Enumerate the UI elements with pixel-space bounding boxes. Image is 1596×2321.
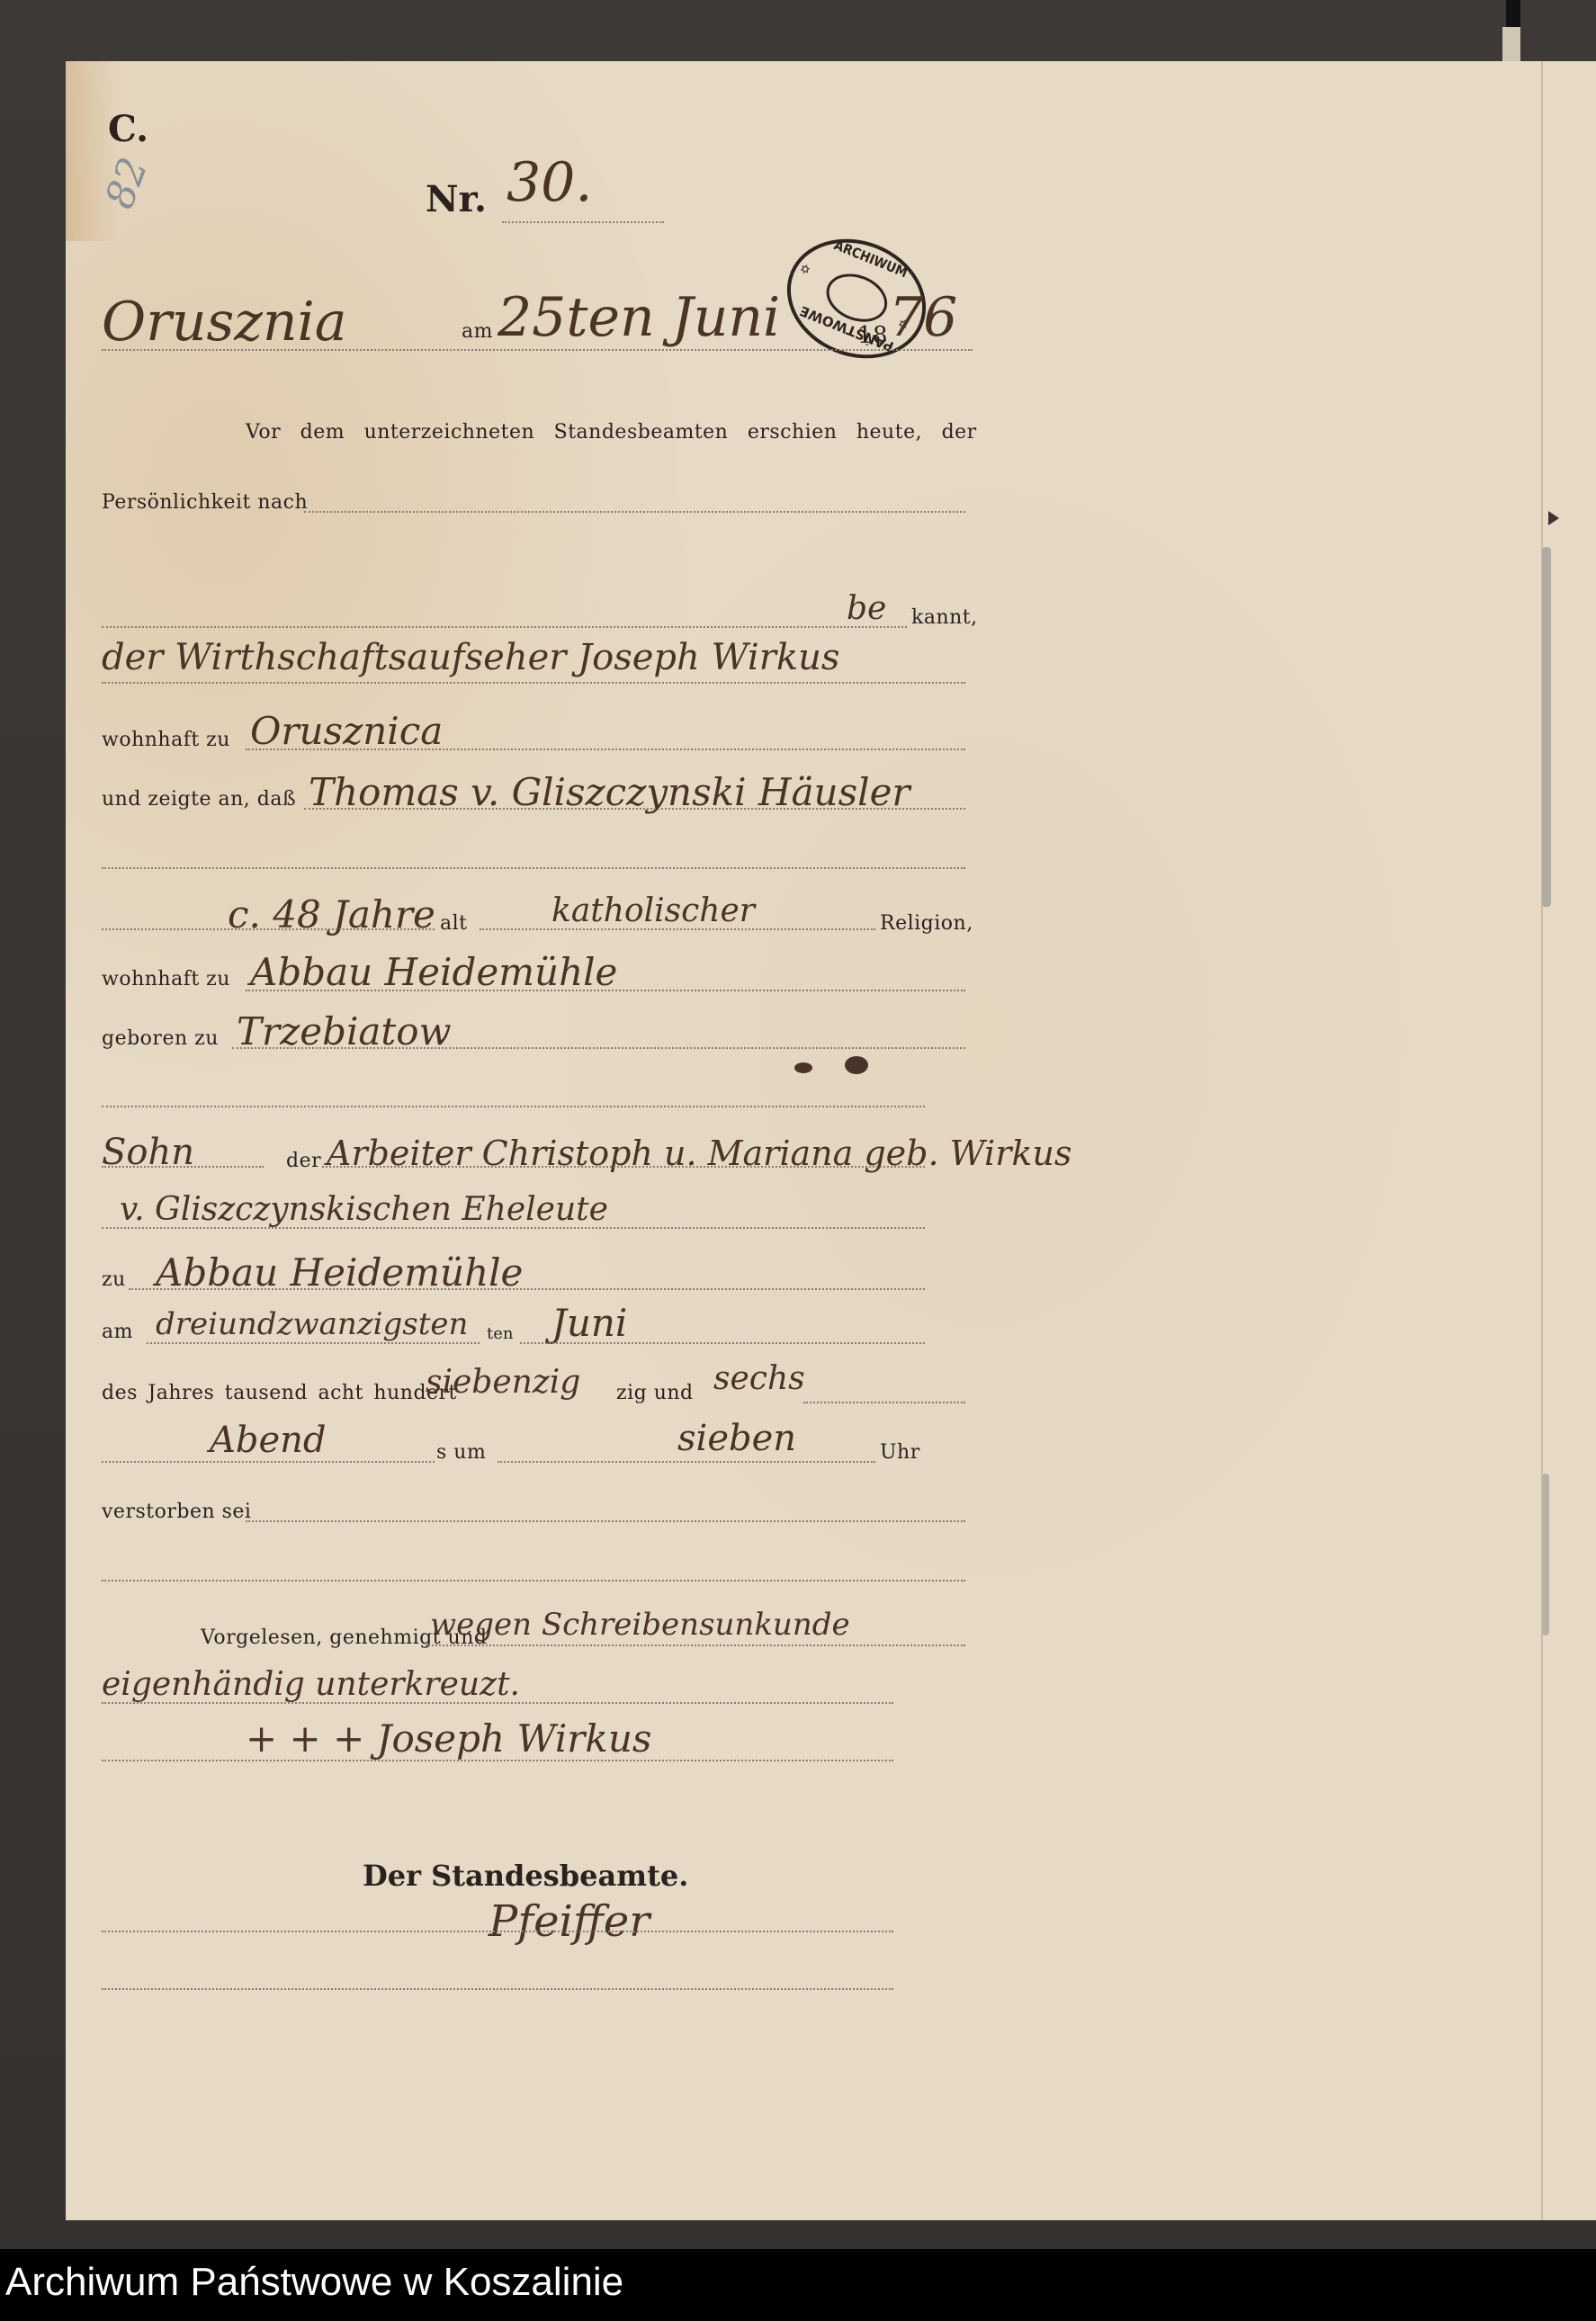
vorgelesen-line: [102, 1702, 893, 1704]
paper-tear: [1542, 547, 1551, 907]
ink-blot: [845, 1056, 868, 1074]
page-notch: [1548, 511, 1559, 525]
wohnhaft-line: [246, 990, 965, 991]
age-line: [102, 928, 435, 930]
informant-residence-value: Orusznica: [250, 709, 443, 753]
blank-line: [102, 1988, 893, 1990]
nr-label: Nr.: [426, 178, 487, 220]
zu-line: [129, 1288, 925, 1290]
am-label: am: [462, 320, 493, 343]
religion-line: [480, 928, 875, 930]
archive-caption-bar: Archiwum Państwowe w Koszalinie: [0, 2249, 1596, 2321]
archive-caption: Archiwum Państwowe w Koszalinie: [5, 2260, 623, 2305]
nr-line: [502, 221, 664, 223]
month-line: [520, 1342, 925, 1344]
vorgelesen-value: eigenhändig unterkreuzt.: [102, 1666, 520, 1703]
death-month-value: Juni: [551, 1301, 627, 1345]
day-line: [147, 1342, 480, 1344]
time-of-day-value: Abend: [210, 1420, 327, 1461]
place-value: Orusznia: [102, 291, 347, 354]
s-um-label: s um: [436, 1441, 486, 1464]
sohn-line: [102, 1166, 264, 1168]
hour-line: [498, 1461, 875, 1463]
nr-value: 30.: [507, 151, 592, 214]
informant-value: der Wirthschaftsaufseher Joseph Wirkus: [102, 637, 839, 678]
official-signature-line: [102, 1931, 893, 1932]
wohnhaft-label: wohnhaft zu: [102, 729, 230, 751]
jahres-label: des Jahres tausend acht hundert: [102, 1382, 457, 1404]
verstorben-label: verstorben sei: [102, 1501, 251, 1523]
official-title: Der Standesbeamte.: [363, 1859, 688, 1893]
hour-value: sieben: [677, 1418, 796, 1459]
uhr-label: Uhr: [880, 1441, 920, 1464]
informant-line: [102, 682, 965, 684]
wohnhaft-label: wohnhaft zu: [102, 968, 230, 990]
alt-label: alt: [440, 912, 468, 935]
blank-line: [102, 1106, 925, 1107]
date-line: [102, 349, 973, 351]
vorgelesen-line: [426, 1644, 965, 1646]
form-letter: C.: [108, 108, 148, 150]
death-day-value: dreiundzwanzigsten: [156, 1306, 468, 1342]
intro-text: Vor dem unterzeichneten Standesbeamten e…: [246, 421, 977, 444]
parents-surname-value: v. Gliszczynskischen Eheleute: [120, 1191, 608, 1228]
persoenlichkeit-label: Persönlichkeit nach: [102, 491, 308, 514]
bekannt-label: kannt,: [911, 606, 978, 629]
religion-value: katholischer: [551, 892, 755, 929]
unit-value: sechs: [713, 1360, 805, 1397]
zig-und-label: zig und: [616, 1382, 694, 1404]
blank-line: [102, 1580, 965, 1582]
date-value: 25ten Juni: [498, 286, 780, 349]
geboren-line: [232, 1047, 965, 1049]
wohnhaft-line: [246, 748, 965, 750]
year-suffix: 76: [889, 286, 957, 349]
verstorben-line: [246, 1520, 965, 1522]
ink-blot: [794, 1062, 812, 1073]
persoenlichkeit-line: [304, 511, 965, 513]
zu-label: zu: [102, 1268, 126, 1291]
vorgelesen-value: wegen Schreibensunkunde: [430, 1607, 850, 1643]
der-label: der: [286, 1150, 321, 1172]
am-label: am: [102, 1321, 133, 1343]
bekannt-line: [102, 626, 907, 628]
decade-value: siebenzig: [426, 1364, 580, 1401]
binding-tab: [1502, 27, 1520, 63]
zeigte-label: und zeigte an, daß: [102, 788, 296, 811]
ten-label: ten: [487, 1324, 513, 1343]
parents-surname-line: [102, 1227, 925, 1229]
paper-tear: [1542, 1474, 1549, 1635]
religion-label: Religion,: [880, 912, 973, 935]
paper-stain: [66, 61, 120, 241]
star-icon: ✡: [797, 262, 812, 279]
official-signature: Pfeiffer: [489, 1896, 650, 1947]
year-line: [803, 1402, 965, 1403]
parents-line: [322, 1166, 925, 1168]
fold-crease: [1541, 61, 1543, 2220]
blank-line: [102, 867, 965, 869]
deceased-residence-value: Abbau Heidemühle: [250, 950, 617, 994]
time-of-day-line: [102, 1461, 435, 1463]
informant-signature: + + + Joseph Wirkus: [246, 1716, 651, 1761]
geboren-label: geboren zu: [102, 1027, 219, 1050]
signature-line: [102, 1760, 893, 1761]
year-prefix: 18: [857, 322, 888, 349]
bekannt-hand: be: [847, 590, 886, 627]
deceased-line: [304, 808, 965, 810]
document-page: C. 82 Nr. 30. ARCHIWUM PAŃSTWOWE ✡ ✡ Oru…: [66, 61, 1596, 2220]
